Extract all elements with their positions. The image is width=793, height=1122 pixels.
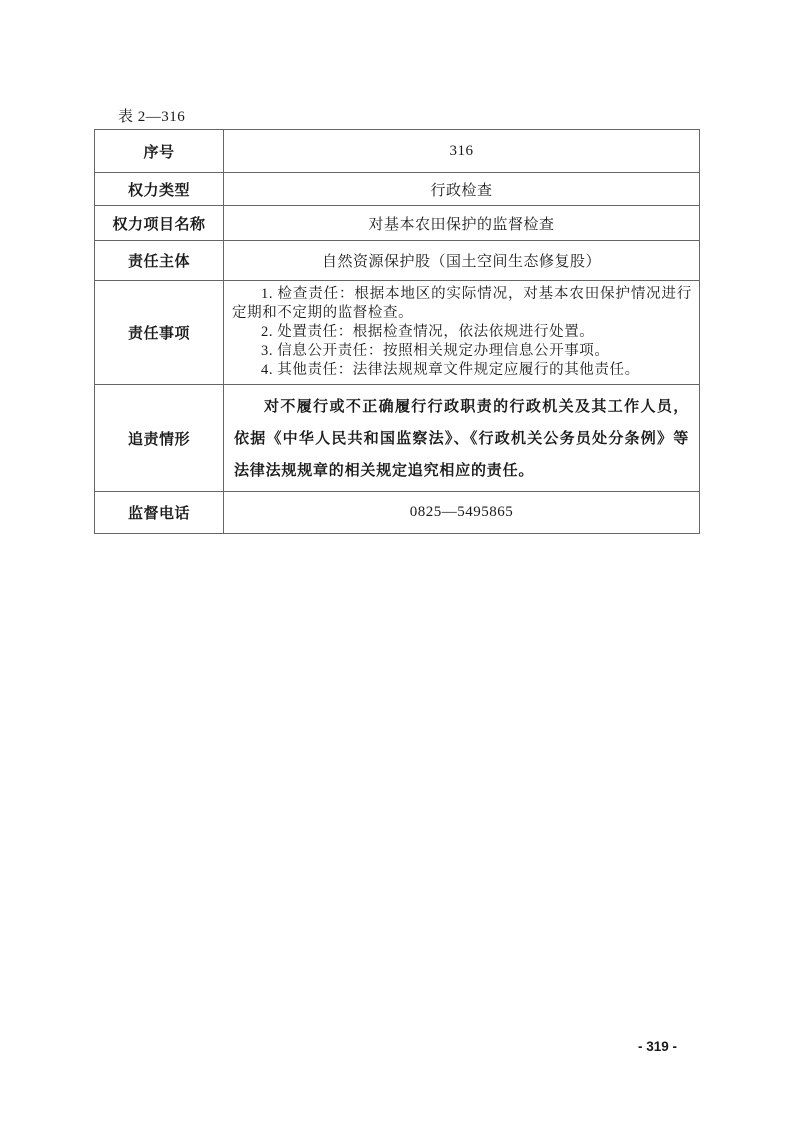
table-row-responsibility-items: 责任事项 1. 检查责任：根据本地区的实际情况，对基本农田保护情况进行定期和不定… xyxy=(95,281,700,385)
row-label-responsible-subject: 责任主体 xyxy=(95,241,224,281)
accountability-text: 对不履行或不正确履行行政职责的行政机关及其工作人员，依据《中华人民共和国监察法》… xyxy=(234,391,689,487)
page-number: - 319 - xyxy=(638,1039,677,1054)
row-label-accountability: 追责情形 xyxy=(95,385,224,492)
row-value-responsibility-items: 1. 检查责任：根据本地区的实际情况，对基本农田保护情况进行定期和不定期的监督检… xyxy=(224,281,700,385)
row-value-sequence: 316 xyxy=(224,130,700,173)
table-caption: 表 2—316 xyxy=(118,105,185,126)
row-label-power-type: 权力类型 xyxy=(95,173,224,206)
row-value-responsible-subject: 自然资源保护股（国土空间生态修复股） xyxy=(224,241,700,281)
table-row-power-type: 权力类型 行政检查 xyxy=(95,173,700,206)
row-value-power-item-name: 对基本农田保护的监督检查 xyxy=(224,206,700,241)
table-row-sequence: 序号 316 xyxy=(95,130,700,173)
table-row-responsible-subject: 责任主体 自然资源保护股（国土空间生态修复股） xyxy=(95,241,700,281)
row-label-supervision-phone: 监督电话 xyxy=(95,492,224,534)
row-value-supervision-phone: 0825—5495865 xyxy=(224,492,700,534)
row-value-power-type: 行政检查 xyxy=(224,173,700,206)
responsibility-item-4: 4. 其他责任：法律法规规章文件规定应履行的其他责任。 xyxy=(232,361,692,380)
document-page: 表 2—316 序号 316 权力类型 行政检查 权力项目名称 对基本农田保护的… xyxy=(0,0,793,1122)
responsibility-item-1: 1. 检查责任：根据本地区的实际情况，对基本农田保护情况进行定期和不定期的监督检… xyxy=(232,285,692,323)
row-label-power-item-name: 权力项目名称 xyxy=(95,206,224,241)
row-value-accountability: 对不履行或不正确履行行政职责的行政机关及其工作人员，依据《中华人民共和国监察法》… xyxy=(224,385,700,492)
row-label-responsibility-items: 责任事项 xyxy=(95,281,224,385)
responsibility-item-3: 3. 信息公开责任：按照相关规定办理信息公开事项。 xyxy=(232,342,692,361)
duty-table: 序号 316 权力类型 行政检查 权力项目名称 对基本农田保护的监督检查 责任主… xyxy=(94,129,700,534)
table-row-accountability: 追责情形 对不履行或不正确履行行政职责的行政机关及其工作人员，依据《中华人民共和… xyxy=(95,385,700,492)
table-row-power-item-name: 权力项目名称 对基本农田保护的监督检查 xyxy=(95,206,700,241)
responsibility-item-2: 2. 处置责任：根据检查情况，依法依规进行处置。 xyxy=(232,323,692,342)
table-row-supervision-phone: 监督电话 0825—5495865 xyxy=(95,492,700,534)
row-label-sequence: 序号 xyxy=(95,130,224,173)
